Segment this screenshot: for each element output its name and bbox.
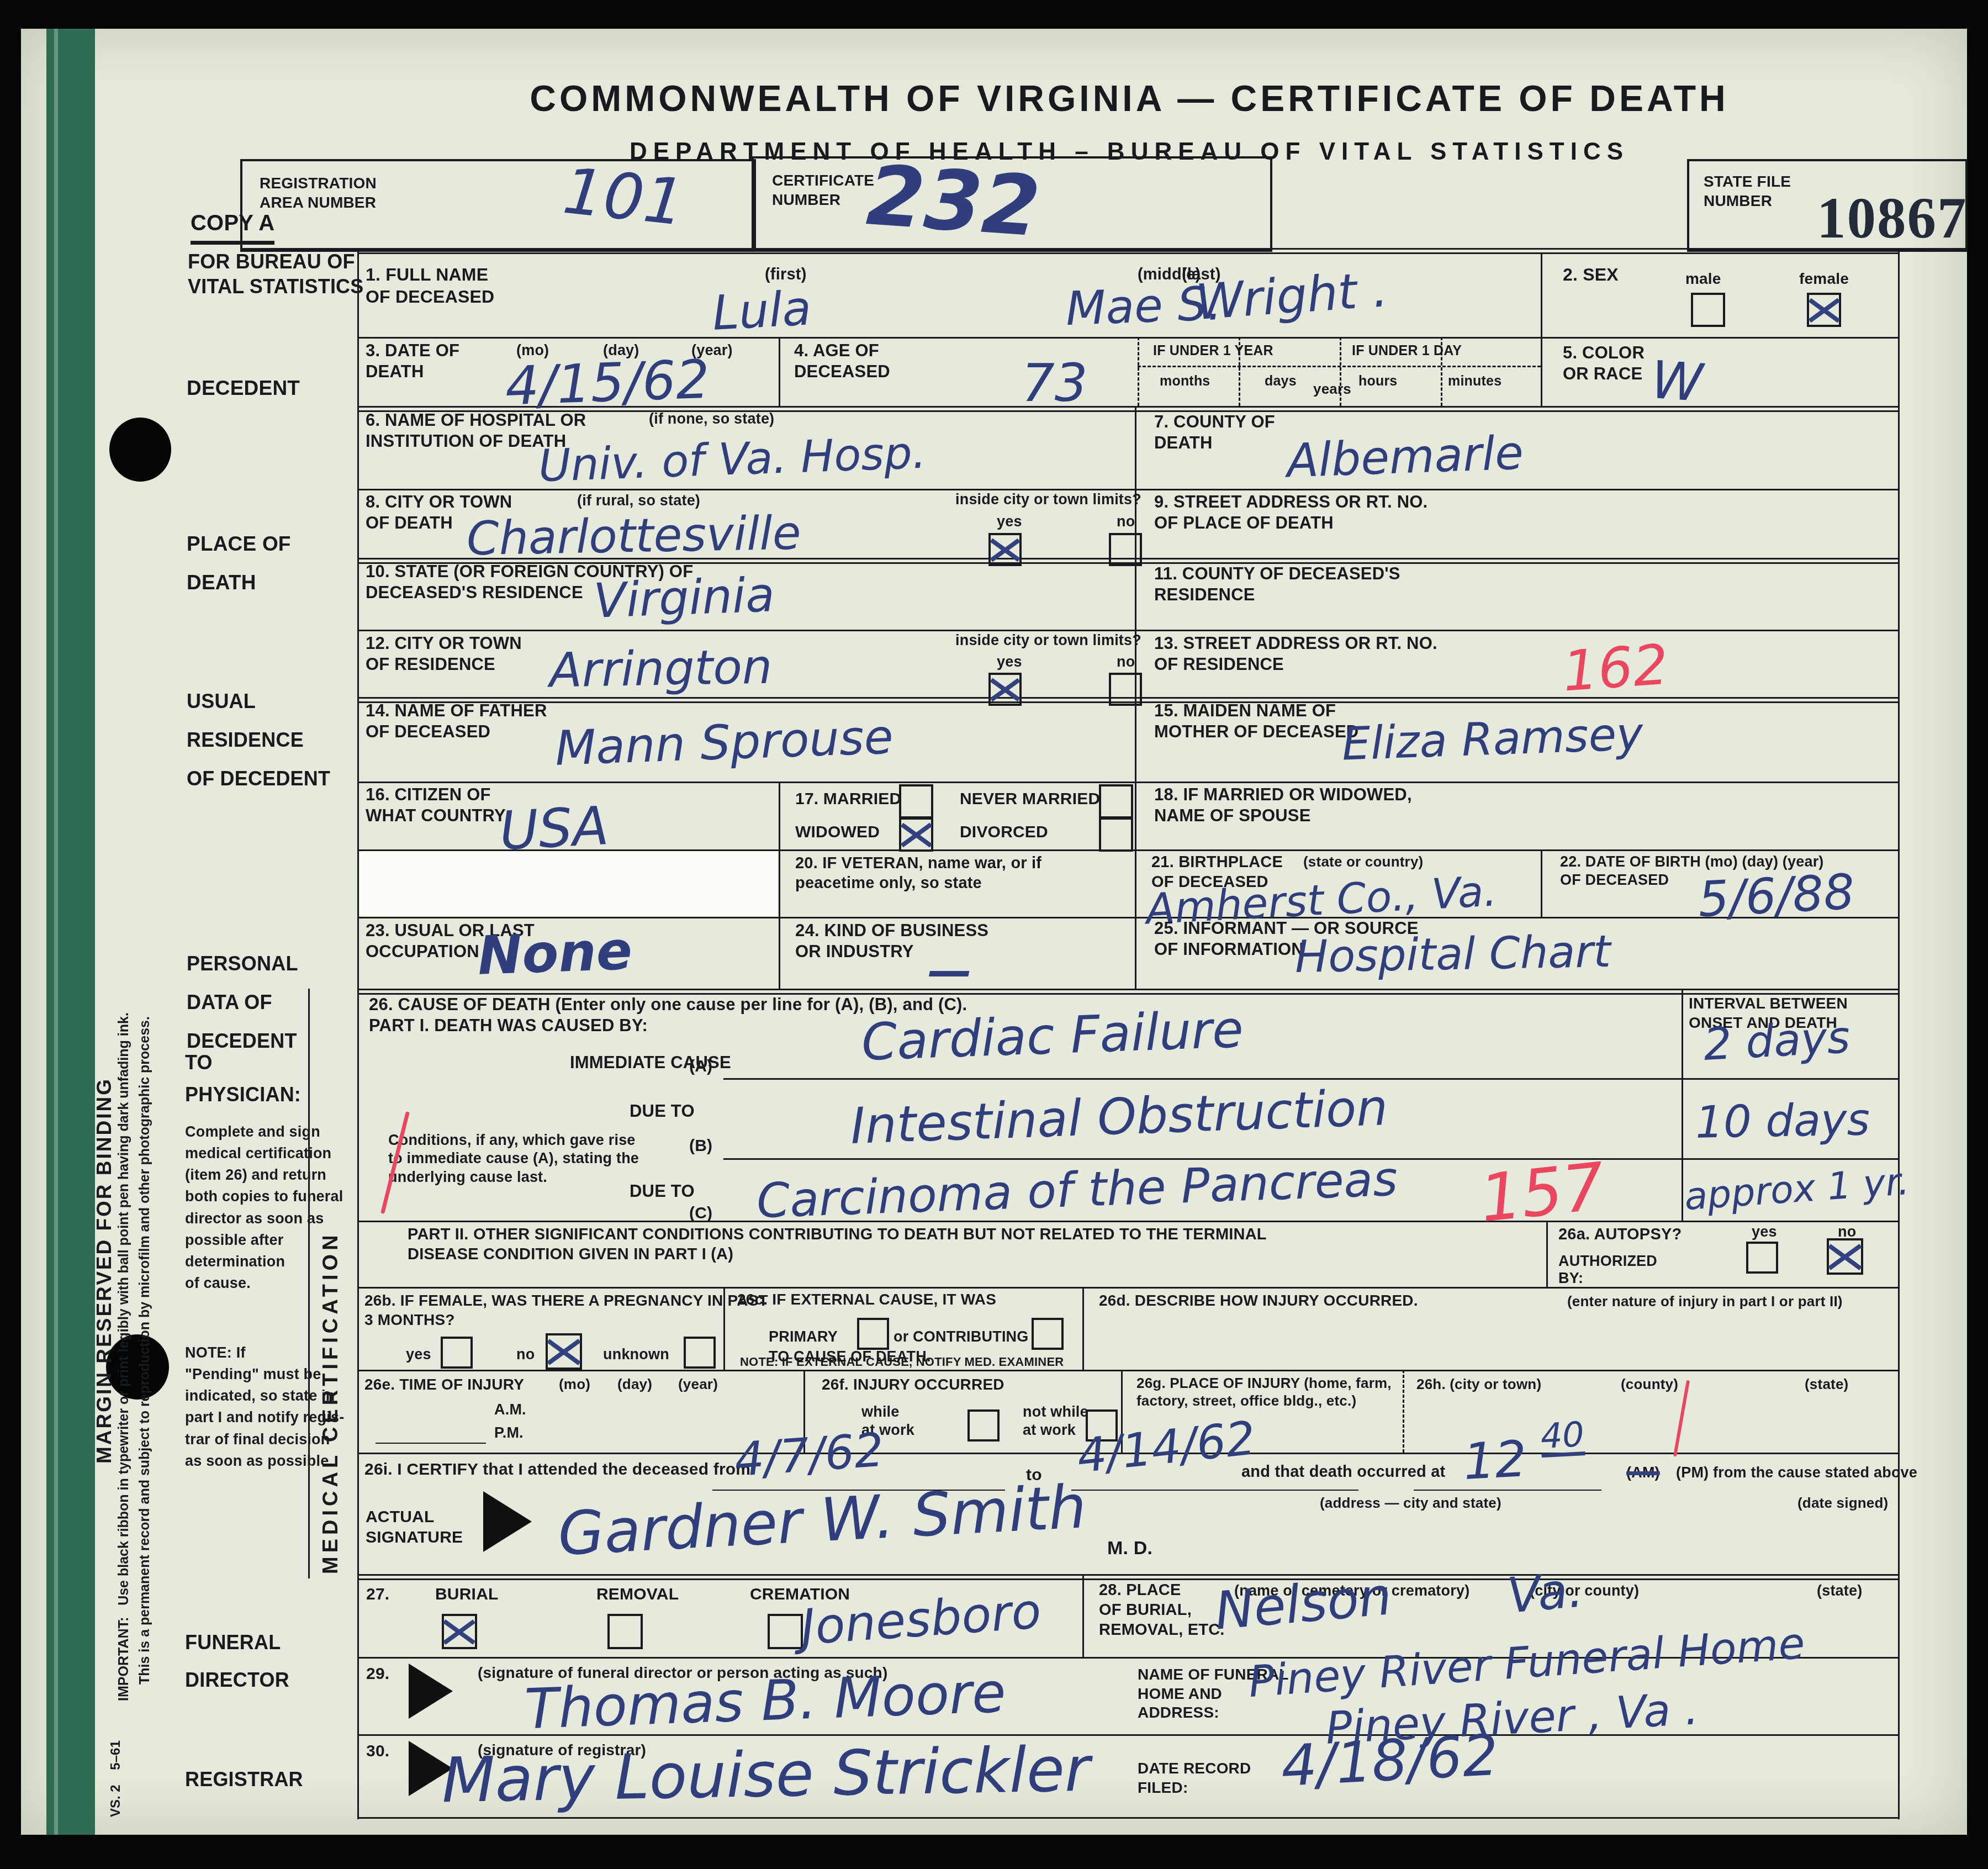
- autopsy-no-checkbox: [1827, 1238, 1863, 1275]
- field-12-value: Arrington: [549, 643, 773, 694]
- field-26c-label: 26c. IF EXTERNAL CAUSE, IT WAS: [737, 1290, 996, 1310]
- field-28-label: 28. PLACE OF BURIAL, REMOVAL, ETC.: [1099, 1581, 1225, 1640]
- actual-signature-label: ACTUAL SIGNATURE: [366, 1507, 463, 1548]
- pm-cause-label: (PM) from the cause stated above: [1676, 1464, 1917, 1482]
- sidebar-funeral-director: FUNERAL DIRECTOR: [185, 1624, 289, 1699]
- margin-form-code: VS. 2 5–61: [108, 1673, 124, 1817]
- field-8-note: (if rural, so state): [577, 492, 700, 510]
- pregnancy-unknown-label: unknown: [603, 1345, 669, 1364]
- date-record-filed-value: 4/18/62: [1280, 1728, 1500, 1795]
- copy-sublabel: FOR BUREAU OF VITAL STATISTICS: [188, 250, 364, 299]
- limits-yes-checkbox-res: [988, 673, 1022, 706]
- field-4-value: 73: [1022, 358, 1088, 410]
- sex-male-label: male: [1685, 270, 1721, 289]
- primary-checkbox: [857, 1318, 889, 1350]
- registration-value: 101: [561, 160, 688, 235]
- autopsy-yes-checkbox: [1746, 1242, 1778, 1274]
- red-code-157: 157: [1477, 1154, 1607, 1232]
- death-time-minutes: 40: [1540, 1417, 1585, 1458]
- limits-yes-label-res: yes: [997, 653, 1022, 671]
- due-to-label-c: DUE TO: [630, 1181, 695, 1202]
- widowed-checkbox: [899, 817, 933, 852]
- field-26b-label: 26b. IF FEMALE, WAS THERE A PREGNANCY IN…: [364, 1291, 768, 1329]
- divorced-label: DIVORCED: [960, 822, 1048, 842]
- limits-label-res: inside city or town limits?: [955, 631, 1141, 650]
- field-7-label: 7. COUNTY OF DEATH: [1154, 411, 1275, 454]
- certify-from-value: 4/7/62: [733, 1427, 885, 1483]
- field-15-label: 15. MAIDEN NAME OF MOTHER OF DECEASED: [1154, 700, 1358, 743]
- limits-no-label-death: no: [1117, 513, 1135, 531]
- field-29-number: 29.: [366, 1664, 389, 1684]
- burial-label: BURIAL: [435, 1584, 499, 1604]
- cause-b-tag: (B): [689, 1136, 712, 1156]
- limits-yes-label-death: yes: [997, 513, 1022, 531]
- registrar-signature: Mary Louise Strickler: [441, 1739, 1091, 1812]
- field-26c-note: NOTE: IF EXTERNAL CAUSE, NOTIFY MED. EXA…: [740, 1354, 1064, 1369]
- field-18-label: 18. IF MARRIED OR WIDOWED, NAME OF SPOUS…: [1154, 784, 1412, 827]
- certificate-number-label: CERTIFICATE NUMBER: [772, 171, 874, 209]
- funeral-director-signature: Thomas B. Moore: [524, 1665, 1007, 1737]
- field-16-label: 16. CITIZEN OF WHAT COUNTRY: [366, 784, 506, 827]
- field-30-number: 30.: [366, 1741, 389, 1761]
- field-26d-label: 26d. DESCRIBE HOW INJURY OCCURRED.: [1099, 1291, 1418, 1311]
- field-7-value: Albemarle: [1286, 430, 1524, 484]
- signature-arrow-physician: [483, 1491, 532, 1552]
- field-1-label: 1. FULL NAME OF DECEASED: [366, 264, 494, 308]
- field-5-value: W: [1649, 355, 1704, 410]
- field-21-note: (state or country): [1303, 853, 1423, 870]
- field-4-label: 4. AGE OF DECEASED: [794, 340, 890, 383]
- death-time-hour: 12: [1462, 1434, 1528, 1487]
- field-20-label: 20. IF VETERAN, name war, or if peacetim…: [795, 854, 1041, 894]
- margin-permanent-text: This is a permanent record and subject t…: [137, 276, 153, 1685]
- field-23-value: None: [477, 924, 633, 983]
- interval-a-value: 2 days: [1703, 1015, 1851, 1067]
- injury-day-note: (day): [617, 1375, 652, 1393]
- registration-label: REGISTRATION AREA NUMBER: [260, 174, 377, 212]
- date-signed-note: (date signed): [1797, 1494, 1888, 1512]
- field-2-label: 2. SEX: [1563, 264, 1619, 286]
- field-13-label: 13. STREET ADDRESS OR RT. NO. OF RESIDEN…: [1154, 633, 1437, 675]
- am-struck-label: (AM): [1626, 1464, 1660, 1482]
- cause-a-value: Cardiac Failure: [861, 1004, 1245, 1068]
- field-4-years-note: years: [1313, 380, 1351, 398]
- pm-label: P.M.: [494, 1424, 524, 1442]
- field-5-label: 5. COLOR OR RACE: [1563, 342, 1645, 385]
- cremation-checkbox: [768, 1614, 803, 1649]
- state-note-burial: (state): [1817, 1582, 1862, 1600]
- pregnancy-unknown-checkbox: [684, 1337, 716, 1369]
- sidebar-usual-residence: USUAL RESIDENCE OF DECEDENT: [187, 682, 330, 799]
- signature-arrow-funeral: [409, 1664, 453, 1719]
- field-26a-label: 26a. AUTOPSY?: [1558, 1225, 1682, 1245]
- certify-statement: 26i. I CERTIFY that I attended the decea…: [364, 1459, 750, 1480]
- limits-no-checkbox-res: [1109, 673, 1142, 706]
- conditions-label: Conditions, if any, which gave rise to i…: [388, 1131, 639, 1186]
- field-9-label: 9. STREET ADDRESS OR RT. NO. OF PLACE OF…: [1154, 492, 1427, 534]
- hours-note: hours: [1358, 373, 1397, 390]
- address-note: (address — city and state): [1320, 1494, 1501, 1512]
- married-label: MARRIED: [823, 790, 901, 808]
- limits-no-label-res: no: [1117, 653, 1135, 671]
- autopsy-yes-label: yes: [1752, 1223, 1777, 1241]
- field-27-number: 27.: [366, 1584, 389, 1604]
- divorced-checkbox: [1099, 817, 1133, 852]
- injury-year-note: (year): [678, 1375, 718, 1393]
- field-26f-label: 26f. INJURY OCCURRED: [822, 1375, 1004, 1395]
- months-note: months: [1160, 373, 1210, 390]
- limits-yes-checkbox-death: [988, 533, 1022, 566]
- certificate-paper: [21, 29, 1967, 1835]
- md-label: M. D.: [1107, 1537, 1152, 1560]
- removal-checkbox: [607, 1614, 643, 1649]
- redaction-box: [359, 851, 778, 916]
- field-13-value: 162: [1561, 637, 1670, 699]
- sidebar-to-physician: TO PHYSICIAN:: [185, 1047, 301, 1110]
- date-record-filed-label: DATE RECORD FILED:: [1138, 1759, 1251, 1797]
- certificate-number-value: 232: [864, 154, 1043, 249]
- field-16-value: USA: [499, 799, 610, 858]
- field-3-label: 3. DATE OF DEATH: [366, 340, 459, 383]
- field-17-number: 17.: [795, 790, 818, 808]
- limits-label-death: inside city or town limits?: [955, 490, 1141, 509]
- binding-strip-highlight: [54, 29, 58, 1835]
- field-17-married-label: 17. MARRIED: [795, 789, 901, 809]
- days-note: days: [1265, 373, 1297, 390]
- contributing-checkbox: [1032, 1318, 1064, 1350]
- field-1-first-value: Lula: [711, 284, 812, 337]
- sex-male-checkbox: [1691, 293, 1725, 327]
- cause-c-tag: (C): [689, 1203, 712, 1223]
- burial-county-value: Nelson: [1213, 1571, 1394, 1638]
- pregnancy-no-checkbox: [546, 1333, 582, 1370]
- widowed-label: WIDOWED: [795, 822, 880, 842]
- field-26e-label: 26e. TIME OF INJURY: [364, 1375, 524, 1395]
- primary-label: PRIMARY: [769, 1328, 838, 1346]
- minutes-note: minutes: [1448, 373, 1501, 390]
- field-6-value: Univ. of Va. Hosp.: [538, 431, 927, 488]
- field-14-value: Mann Sprouse: [554, 713, 894, 772]
- sidebar-place-of-death: PLACE OF DEATH: [187, 525, 291, 603]
- interval-b-value: 10 days: [1695, 1097, 1870, 1145]
- field-6-note: (if none, so state): [649, 410, 774, 428]
- while-at-work-checkbox: [967, 1409, 1000, 1442]
- scanned-death-certificate: MARGIN RESERVED FOR BINDING IMPORTANT: U…: [0, 0, 1988, 1869]
- state-note: (state): [1805, 1375, 1848, 1393]
- pregnancy-no-label: no: [516, 1345, 535, 1364]
- under-one-day-label: IF UNDER 1 DAY: [1352, 342, 1462, 360]
- field-26g-label: 26g. PLACE OF INJURY (home, farm, factor…: [1136, 1374, 1392, 1409]
- sidebar-decedent: DECEDENT: [187, 376, 300, 401]
- married-checkbox: [899, 784, 933, 819]
- never-married-label: NEVER MARRIED: [960, 789, 1100, 809]
- injury-mo-note: (mo): [559, 1375, 590, 1393]
- field-3-value: 4/15/62: [504, 353, 710, 413]
- field-12-label: 12. CITY OR TOWN OF RESIDENCE: [366, 633, 522, 675]
- field-1-last-value: Wright .: [1194, 265, 1389, 327]
- limits-no-checkbox-death: [1109, 533, 1142, 566]
- cause-a-tag: (A): [689, 1056, 712, 1076]
- state-file-value: 10867: [1817, 182, 1968, 254]
- pregnancy-yes-checkbox: [441, 1337, 473, 1369]
- burial-state-value: Va.: [1505, 1565, 1585, 1620]
- field-22-value: 5/6/88: [1697, 868, 1855, 925]
- am-label: A.M.: [494, 1401, 526, 1419]
- field-25-value: Hospital Chart: [1294, 930, 1611, 979]
- sidebar-personal-data: PERSONAL DATA OF DECEDENT: [187, 944, 298, 1061]
- due-to-label-b: DUE TO: [630, 1101, 695, 1122]
- never-married-checkbox: [1099, 784, 1133, 819]
- margin-binding-text: MARGIN RESERVED FOR BINDING: [93, 525, 116, 1464]
- medical-certification-vertical: MEDICAL CERTIFICATION: [319, 1022, 343, 1574]
- removal-label: REMOVAL: [596, 1584, 679, 1604]
- field-26h-label: 26h. (city or town): [1416, 1375, 1541, 1393]
- field-14-label: 14. NAME OF FATHER OF DECEASED: [366, 700, 547, 743]
- margin-important-text: IMPORTANT: Use black ribbon in typewrite…: [116, 237, 132, 1701]
- pregnancy-yes-label: yes: [406, 1345, 431, 1364]
- field-8-value: Charlottesville: [466, 510, 801, 562]
- certificate-title: COMMONWEALTH OF VIRGINIA — CERTIFICATE O…: [359, 76, 1900, 122]
- under-one-year-label: IF UNDER 1 YEAR: [1153, 342, 1273, 360]
- field-24-value: —: [928, 949, 972, 993]
- sex-female-checkbox: [1807, 293, 1841, 327]
- field-10-value: Virginia: [593, 571, 775, 625]
- county-note: (county): [1621, 1375, 1678, 1393]
- sex-female-label: female: [1799, 270, 1849, 289]
- sidebar-registrar: REGISTRAR: [185, 1767, 303, 1792]
- death-occurred-label: and that death occurred at: [1241, 1463, 1445, 1482]
- authorized-by-label: AUTHORIZED BY:: [1558, 1253, 1657, 1287]
- state-file-label: STATE FILE NUMBER: [1704, 172, 1791, 210]
- burial-checkbox: [442, 1614, 477, 1649]
- part2-label: PART II. OTHER SIGNIFICANT CONDITIONS CO…: [408, 1225, 1267, 1265]
- field-15-value: Eliza Ramsey: [1341, 712, 1644, 768]
- field-26d-note: (enter nature of injury in part I or par…: [1567, 1292, 1843, 1310]
- field-11-label: 11. COUNTY OF DECEASED'S RESIDENCE: [1154, 563, 1400, 606]
- contributing-label: or CONTRIBUTING: [893, 1328, 1028, 1346]
